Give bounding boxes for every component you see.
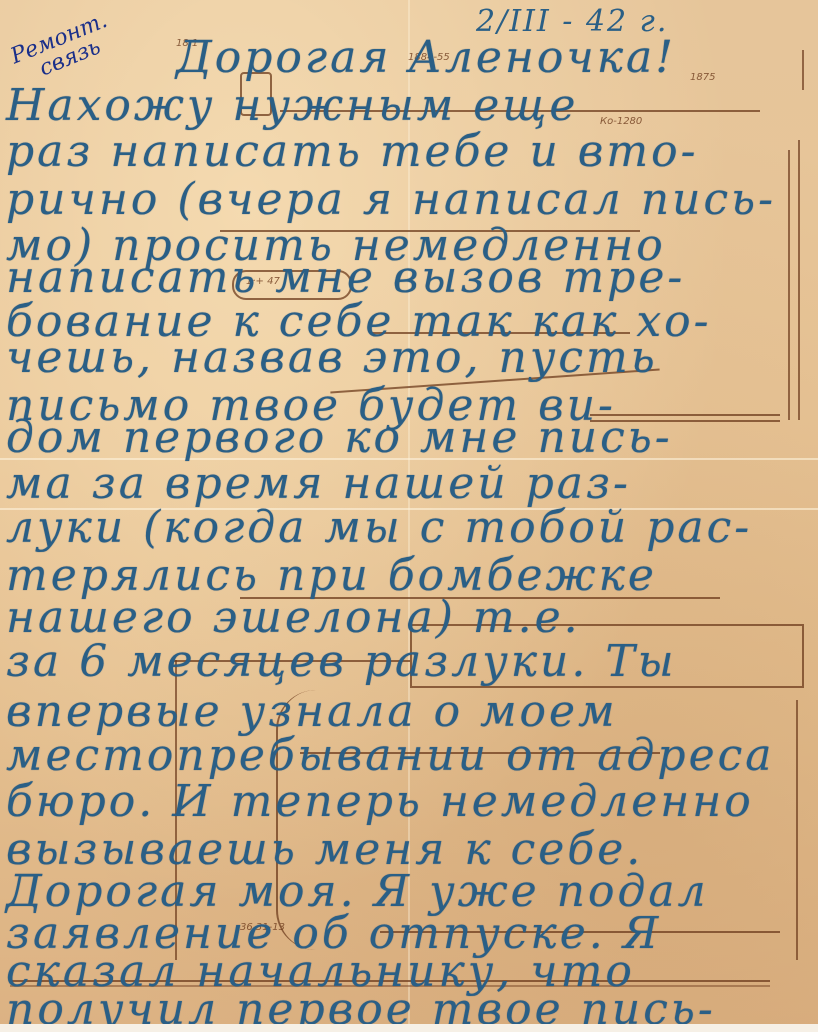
letter-line: бюро. И теперь немедленно: [6, 780, 754, 824]
letter-line: раз написать тебе и вто-: [6, 130, 698, 174]
letter-greeting: Дорогая Аленочка!: [176, 36, 676, 80]
pencil-column-line: [802, 50, 804, 90]
letter-line: рично (вчера я написал пись-: [6, 178, 776, 222]
letter-line: местопребывании от адреса: [6, 734, 775, 778]
pencil-note-fragment: 1875: [690, 72, 715, 83]
pencil-column-line: [788, 150, 790, 420]
pencil-column-line: [798, 140, 800, 420]
letter-line: Нахожу нужным еще: [6, 84, 578, 128]
letter-line: впервые узнала о моем: [6, 690, 618, 734]
letter-line: луки (когда мы с тобой рас-: [6, 506, 752, 550]
letter-line: чешь, назвав это, пусть: [6, 336, 658, 380]
corner-note: Ремонт. связь: [8, 10, 119, 89]
letter-line: ма за время нашей раз-: [6, 462, 631, 506]
letter-line: за 6 месяцев разлуки. Ты: [6, 640, 677, 684]
letter-line: написать мне вызов тре-: [6, 256, 685, 300]
paper-edge: [0, 1024, 818, 1032]
pencil-column-line: [796, 700, 798, 960]
letter-sheet: 18·1 1·+ 47 36.31-13 1884-55 1875 Ко-128…: [0, 0, 818, 1032]
letter-line: нашего эшелона) т.е.: [6, 596, 581, 640]
letter-line: дом первого ко мне пись-: [6, 416, 673, 460]
